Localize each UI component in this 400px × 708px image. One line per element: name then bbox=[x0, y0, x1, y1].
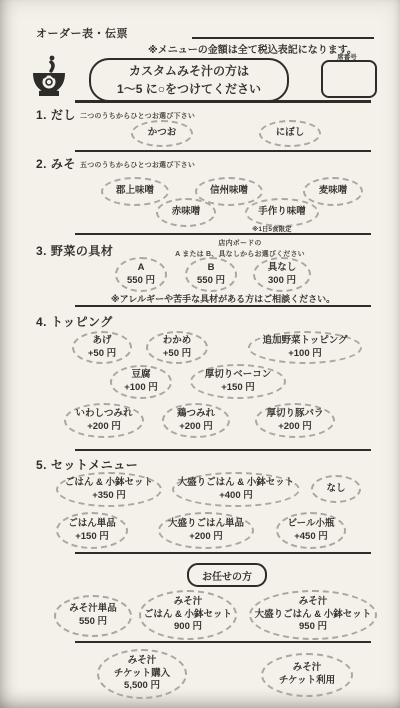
option-label: 追加野菜トッピング bbox=[262, 335, 347, 348]
option-price: 5,500 円 bbox=[124, 680, 160, 693]
option-katsuo[interactable]: かつお bbox=[131, 120, 193, 147]
header-rule bbox=[75, 100, 371, 103]
option-label: 大盛りごはん単品 bbox=[168, 518, 244, 531]
option-label: 具なし bbox=[268, 262, 297, 275]
section-vegetables-caption: 店内ボードの A または B、具なしからお選びください bbox=[160, 239, 320, 260]
section-set-menu-heading: 5. セットメニュー bbox=[36, 456, 138, 473]
option-price: 550 円 bbox=[197, 275, 225, 288]
option-miso-soup-rice-set[interactable]: みそ汁 ごはん & 小鉢セット 900 円 bbox=[139, 590, 237, 640]
section-vegetables-heading: 3. 野菜の具材 bbox=[36, 242, 113, 259]
option-chicken-tsumire[interactable]: 鶏つみれ +200 円 bbox=[162, 403, 230, 438]
option-sardine-tsumire[interactable]: いわしつみれ +200 円 bbox=[64, 403, 144, 438]
option-beer-small-bottle[interactable]: ビール小瓶 +450 円 bbox=[276, 512, 346, 549]
option-rice-single[interactable]: ごはん単品 +150 円 bbox=[56, 512, 128, 549]
option-label: かつお bbox=[148, 127, 177, 140]
banner-line2: 1〜5 に○をつけてください bbox=[117, 80, 261, 98]
option-price: +50 円 bbox=[163, 348, 191, 361]
option-price: +400 円 bbox=[219, 490, 253, 503]
section-rule bbox=[75, 305, 371, 307]
option-label: 信州味噌 bbox=[210, 185, 248, 198]
option-mugi-miso[interactable]: 麦味噌 bbox=[303, 177, 363, 206]
section-toppings-heading: 4. トッピング bbox=[36, 313, 113, 330]
option-label: 郡上味噌 bbox=[116, 185, 154, 198]
omakase-banner: お任せの方 bbox=[187, 563, 267, 587]
caption-line1: 店内ボードの bbox=[160, 239, 320, 250]
option-label: 麦味噌 bbox=[319, 185, 348, 198]
option-rice-side-set[interactable]: ごはん & 小鉢セット +350 円 bbox=[56, 472, 162, 507]
option-extra-vegetables[interactable]: 追加野菜トッピング +100 円 bbox=[248, 331, 362, 364]
option-label2: チケット利用 bbox=[279, 675, 335, 688]
option-tofu[interactable]: 豆腐 +100 円 bbox=[110, 365, 172, 399]
option-price: 300 円 bbox=[268, 275, 296, 288]
option-label: A bbox=[138, 262, 145, 275]
option-price: 950 円 bbox=[299, 621, 327, 634]
section-rule bbox=[75, 449, 371, 451]
option-label: みそ汁 bbox=[174, 596, 203, 609]
option-aka-miso[interactable]: 赤味噌 bbox=[156, 198, 216, 227]
option-label: 大盛りごはん & 小鉢セット bbox=[178, 477, 295, 490]
allergy-note: ※アレルギーや苦手な具材がある方はご相談ください。 bbox=[75, 292, 371, 305]
option-wakame[interactable]: わかめ +50 円 bbox=[146, 331, 208, 364]
option-price: +200 円 bbox=[179, 421, 213, 434]
option-label: にぼし bbox=[276, 127, 305, 140]
custom-instruction-banner: カスタムみそ汁の方は 1〜5 に○をつけてください bbox=[89, 58, 289, 102]
option-label2: チケット購入 bbox=[114, 668, 170, 681]
option-price: 550 円 bbox=[127, 275, 155, 288]
section-dashi-heading: 1. だし bbox=[36, 106, 76, 123]
option-handmade-miso[interactable]: 手作り味噌 bbox=[245, 198, 319, 227]
page-title: オーダー表・伝票 bbox=[36, 25, 128, 41]
option-price: +150 円 bbox=[75, 531, 109, 544]
order-slip: オーダー表・伝票 ※メニューの金額は全て税込表記になります。 席番号 カスタムみ… bbox=[0, 0, 400, 708]
section-dashi-caption: 二つのうちからひとつお選び下さい bbox=[80, 111, 195, 121]
option-label: みそ汁 bbox=[293, 662, 322, 675]
section-miso-caption: 五つのうちからひとつお選び下さい bbox=[80, 160, 195, 170]
option-miso-soup-single[interactable]: みそ汁単品 550 円 bbox=[54, 595, 132, 637]
option-label: 手作り味噌 bbox=[258, 206, 306, 219]
option-price: +150 円 bbox=[221, 382, 255, 395]
option-price: +450 円 bbox=[294, 531, 328, 544]
option-niboshi[interactable]: にぼし bbox=[259, 120, 321, 147]
seat-number-field[interactable] bbox=[321, 60, 377, 98]
limited-note: ※1日5食限定 bbox=[252, 224, 292, 233]
option-label: みそ汁 bbox=[128, 655, 157, 668]
option-label: 赤味噌 bbox=[172, 206, 201, 219]
option-pork-belly[interactable]: 厚切り豚バラ +200 円 bbox=[255, 403, 335, 438]
miso-soup-bowl-icon bbox=[31, 55, 67, 101]
section-rule bbox=[75, 233, 371, 235]
option-price: +350 円 bbox=[92, 490, 126, 503]
option-label2: 大盛りごはん & 小鉢セット bbox=[255, 609, 372, 622]
option-label: なし bbox=[326, 483, 345, 496]
option-vegetable-b[interactable]: B 550 円 bbox=[185, 257, 237, 292]
option-label: いわしつみれ bbox=[75, 408, 132, 421]
option-age[interactable]: あげ +50 円 bbox=[72, 331, 132, 364]
option-none[interactable]: なし bbox=[311, 475, 361, 503]
option-label: わかめ bbox=[163, 335, 192, 348]
option-label: 厚切りベーコン bbox=[205, 369, 272, 382]
option-label: 厚切り豚バラ bbox=[266, 408, 323, 421]
section-rule bbox=[75, 150, 371, 152]
option-label: B bbox=[208, 262, 215, 275]
option-label: ごはん単品 bbox=[68, 518, 116, 531]
banner-line1: カスタムみそ汁の方は bbox=[129, 62, 249, 80]
option-label: 豆腐 bbox=[131, 369, 150, 382]
option-label: みそ汁 bbox=[299, 596, 328, 609]
option-label: みそ汁単品 bbox=[69, 603, 117, 616]
option-price: +100 円 bbox=[124, 382, 158, 395]
option-price: +50 円 bbox=[88, 348, 116, 361]
section-rule bbox=[75, 641, 371, 643]
option-ticket-purchase[interactable]: みそ汁 チケット購入 5,500 円 bbox=[97, 649, 187, 699]
option-label: あげ bbox=[92, 335, 111, 348]
option-gujo-miso[interactable]: 郡上味噌 bbox=[101, 177, 169, 206]
option-large-rice-side-set[interactable]: 大盛りごはん & 小鉢セット +400 円 bbox=[172, 472, 300, 507]
option-miso-soup-large-rice-set[interactable]: みそ汁 大盛りごはん & 小鉢セット 950 円 bbox=[249, 590, 377, 640]
option-no-ingredients[interactable]: 具なし 300 円 bbox=[253, 257, 311, 292]
option-price: 900 円 bbox=[174, 621, 202, 634]
omakase-banner-label: お任せの方 bbox=[202, 568, 252, 583]
option-price: +200 円 bbox=[278, 421, 312, 434]
option-label2: ごはん & 小鉢セット bbox=[144, 609, 232, 622]
option-vegetable-a[interactable]: A 550 円 bbox=[115, 257, 167, 292]
note-overline bbox=[192, 37, 374, 39]
section-rule bbox=[75, 552, 371, 554]
option-thick-bacon[interactable]: 厚切りベーコン +150 円 bbox=[190, 364, 286, 399]
option-ticket-use[interactable]: みそ汁 チケット利用 bbox=[261, 653, 353, 697]
option-label: ごはん & 小鉢セット bbox=[65, 477, 153, 490]
option-price: +200 円 bbox=[189, 531, 223, 544]
option-label: ビール小瓶 bbox=[288, 518, 335, 531]
option-large-rice-single[interactable]: 大盛りごはん単品 +200 円 bbox=[158, 512, 254, 549]
section-miso-heading: 2. みそ bbox=[36, 155, 76, 172]
option-price: +100 円 bbox=[288, 348, 322, 361]
option-price: 550 円 bbox=[79, 616, 107, 629]
option-price: +200 円 bbox=[87, 421, 121, 434]
option-label: 鶏つみれ bbox=[177, 408, 215, 421]
